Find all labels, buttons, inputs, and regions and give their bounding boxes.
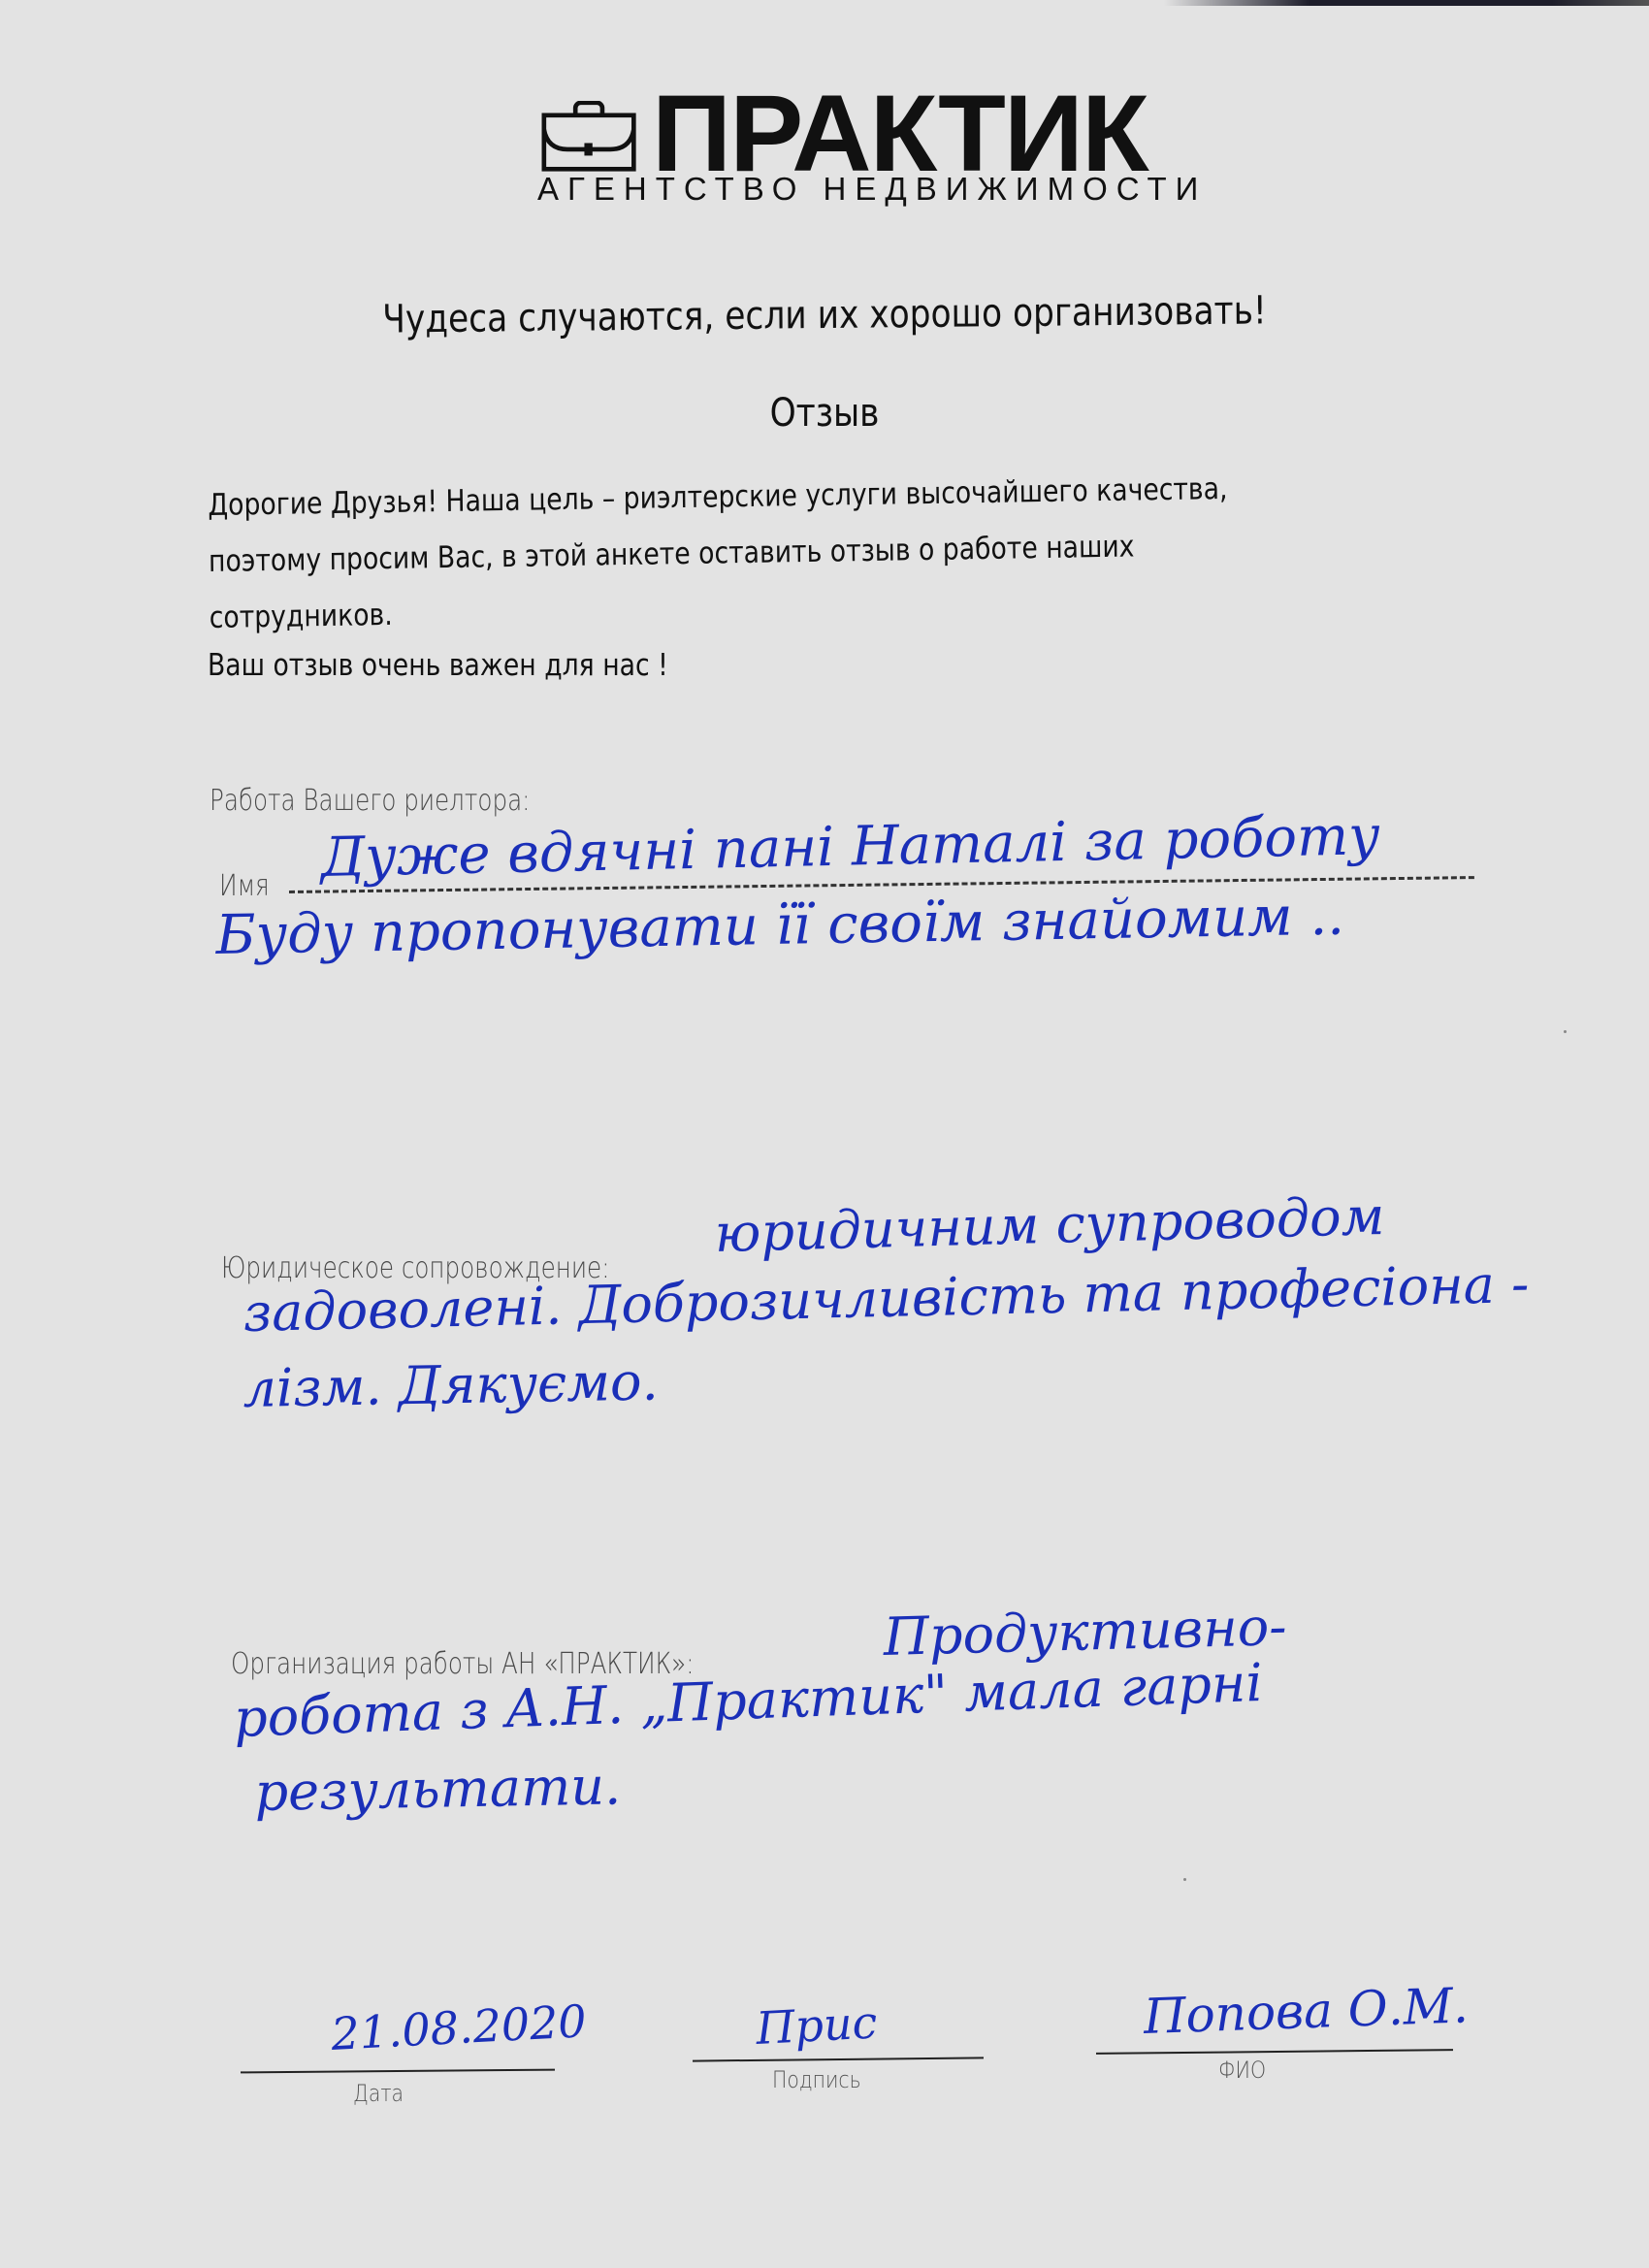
date-label: Дата <box>353 2080 404 2107</box>
slogan: Чудеса случаются, если их хорошо организ… <box>115 286 1534 345</box>
name-field-label: Имя <box>219 869 270 903</box>
realtor-handwritten-line: Буду пропонувати її своїм знайомим .. <box>215 885 1344 967</box>
full-name-line <box>1096 2049 1453 2055</box>
signature-line <box>693 2057 984 2061</box>
scan-speck <box>1183 1878 1186 1881</box>
date-line <box>241 2069 555 2074</box>
date-value: 21.08.2020 <box>330 1994 588 2060</box>
intro-paragraph: Дорогие Друзья! Наша цель – риэлтерские … <box>208 459 1336 646</box>
signature-label: Подпись <box>772 2066 861 2093</box>
realtor-section-label: Работа Вашего риелтора: <box>210 784 530 818</box>
legal-handwritten-line: лізм. Дякуємо. <box>242 1351 659 1419</box>
signature-value: Прис <box>755 1995 879 2054</box>
scanner-edge <box>1164 0 1649 6</box>
full-name-label: ФИО <box>1218 2057 1266 2084</box>
organization-handwritten-line: результати. <box>254 1755 622 1823</box>
full-name-value: Попова О.М. <box>1143 1977 1470 2045</box>
legal-handwritten-line: юридичним супроводом <box>714 1185 1385 1264</box>
scan-speck <box>1564 1030 1567 1033</box>
briefcase-icon <box>537 101 642 173</box>
company-logo: ПРАКТИК АГЕНТСТВО НЕДВИЖИМОСТИ <box>532 80 1133 215</box>
important-note: Ваш отзыв очень важен для нас ! <box>208 648 668 683</box>
logo-subtitle: АГЕНТСТВО НЕДВИЖИМОСТИ <box>537 171 1207 208</box>
page-title: Отзыв <box>115 391 1534 436</box>
